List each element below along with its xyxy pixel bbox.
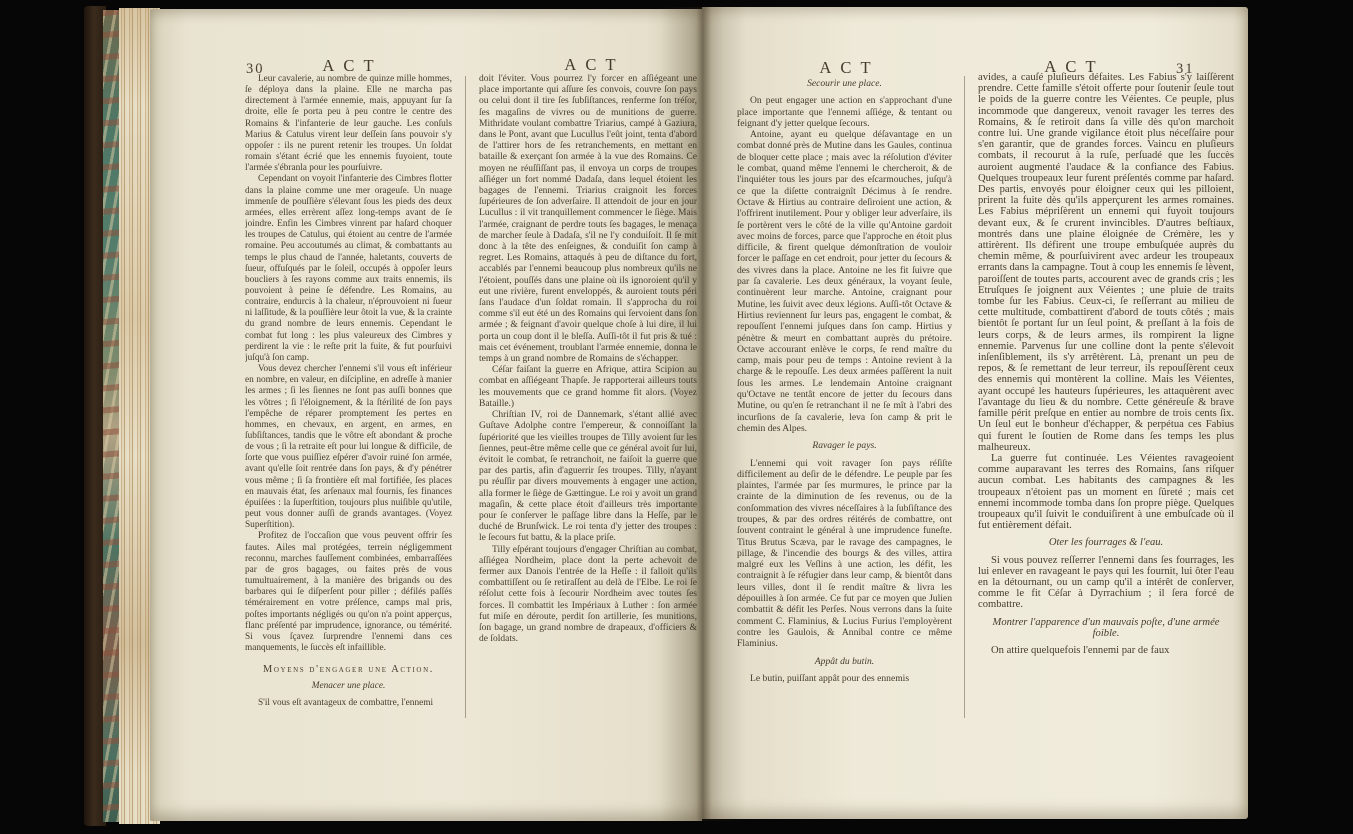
paragraph: La guerre fut continuée. Les Véientes ra…	[978, 453, 1234, 531]
section-heading: Appât du butin.	[743, 656, 946, 667]
paragraph: Vous devez chercher l'ennemi s'il vous e…	[245, 364, 452, 531]
running-head-col1: ACT	[268, 56, 428, 76]
section-heading: Oter les fourrages & l'eau.	[984, 537, 1228, 548]
paragraph: doit l'éviter. Vous pourrez l'y forcer e…	[479, 74, 697, 365]
text-column-1: Leur cavalerie, au nombre de quinze mill…	[245, 74, 452, 726]
section-heading: Montrer l'apparence d'un mauvais poſte, …	[984, 617, 1228, 639]
book-photograph: 30 ACT ACT ACT ACT 31 Leur cavalerie, au…	[0, 0, 1353, 834]
paragraph: S'il vous eſt avantageux de combattre, l…	[245, 698, 452, 709]
paragraph: Antoine, ayant eu quelque déſavantage en…	[737, 129, 952, 434]
paragraph: Si vous pouvez reſſerrer l'ennemi dans ſ…	[978, 555, 1234, 611]
right-page-block-edge	[1242, 13, 1253, 817]
marbled-endpaper-edge	[103, 10, 120, 822]
section-heading: Menacer une place.	[251, 681, 446, 692]
section-heading: Ravager le pays.	[743, 440, 946, 451]
paragraph: On peut engager une action en s'approcha…	[737, 95, 952, 129]
paragraph: Tilly eſpérant toujours d'engager Chriſt…	[479, 545, 697, 646]
section-heading: Secourir une place.	[743, 78, 946, 89]
running-head-col2: ACT	[510, 55, 670, 75]
text-column-2: doit l'éviter. Vous pourrez l'y forcer e…	[479, 74, 697, 724]
text-column-4: avides, a cauſé pluſieurs défaites. Les …	[978, 72, 1234, 726]
paragraph: L'ennemi qui voit ravager ſon pays réſiſ…	[737, 458, 952, 650]
column-rule-right-page	[964, 76, 965, 718]
section-heading: Moyens d'engager une Action.	[245, 664, 452, 675]
paragraph: Céſar faiſant la guerre en Afrique, atti…	[479, 365, 697, 410]
paragraph: Cependant on voyoit l'infanterie des Cim…	[245, 174, 452, 364]
text-column-3: Secourir une place.On peut engager une a…	[737, 72, 952, 724]
paragraph: Chriſtian IV, roi de Dannemark, s'étant …	[479, 410, 697, 544]
paragraph: Profitez de l'occaſion que vous peuvent …	[245, 531, 452, 654]
paragraph: On attire quelquefois l'ennemi par de fa…	[978, 645, 1234, 656]
column-rule-left-page	[465, 76, 466, 718]
paragraph: avides, a cauſé pluſieurs défaites. Les …	[978, 72, 1234, 453]
paragraph: Leur cavalerie, au nombre de quinze mill…	[245, 74, 452, 174]
paragraph: Le butin, puiſſant appât pour des ennemi…	[737, 673, 952, 684]
